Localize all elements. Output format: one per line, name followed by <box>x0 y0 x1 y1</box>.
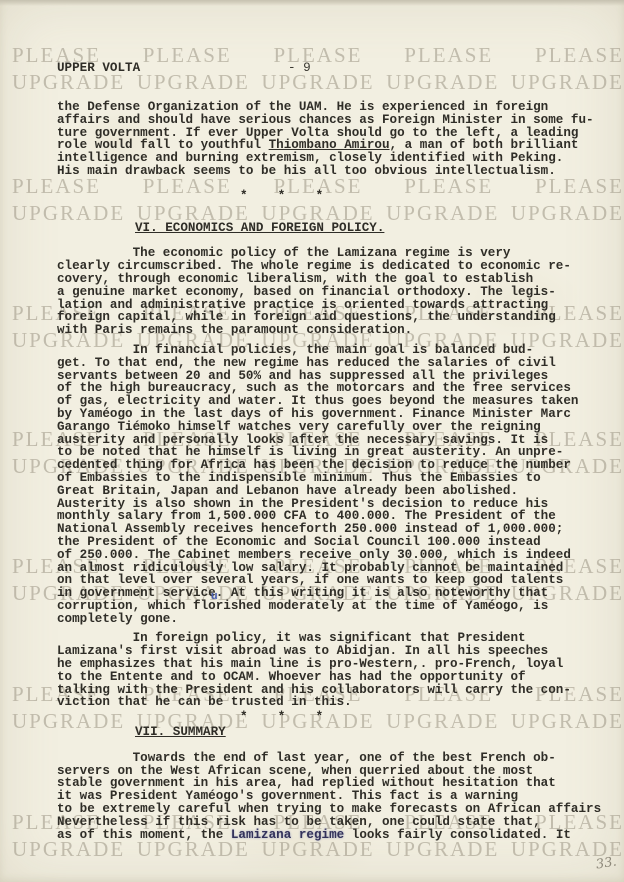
watermark-word: UPGRADE <box>12 839 125 860</box>
paragraph-intro: the Defense Organization of the UAM. He … <box>57 101 613 178</box>
watermark-word: UPGRADE <box>261 839 374 860</box>
country-title: UPPER VOLTA <box>57 62 140 75</box>
section-vi-heading: VI. ECONOMICS AND FOREIGN POLICY. <box>135 222 613 235</box>
document-header: UPPER VOLTA - 9 <box>57 62 613 75</box>
paragraph-financial-policy: In financial policies, the main goal is … <box>57 344 613 626</box>
corrected-word-text: florished <box>193 599 261 613</box>
section-separator: * * * <box>240 711 613 724</box>
paragraph-economic-policy: The economic policy of the Lamizana regi… <box>57 247 613 337</box>
financial-text-before: In financial policies, the main goal is … <box>57 343 578 613</box>
watermark-word: UPGRADE <box>137 839 250 860</box>
watermark-word: UPGRADE <box>386 839 499 860</box>
handwritten-page-number: 33. <box>595 854 618 872</box>
section-vi-heading-text: VI. ECONOMICS AND FOREIGN POLICY. <box>135 221 384 235</box>
scanned-document-page: PLEASEPLEASEPLEASEPLEASEPLEASEUPGRADEUPG… <box>0 0 624 882</box>
section-vii-heading: VII. SUMMARY <box>135 726 613 739</box>
watermark-row: UPGRADEUPGRADEUPGRADEUPGRADEUPGRADE <box>0 839 624 860</box>
page-number: - 9 <box>288 62 311 75</box>
paragraph-foreign-policy: In foreign policy, it was significant th… <box>57 632 613 709</box>
paragraph-summary: Towards the end of last year, one of the… <box>57 752 613 842</box>
corrected-word: florishedu <box>193 600 261 613</box>
ink-smudged-text: Lamizana regime <box>231 828 344 842</box>
summary-text-after: looks fairly consolidated. It <box>344 828 571 842</box>
section-separator: * * * <box>240 190 613 203</box>
document-content: UPPER VOLTA - 9 the Defense Organization… <box>57 62 613 841</box>
section-vii-heading-text: VII. SUMMARY <box>135 725 226 739</box>
ink-correction-mark: u <box>211 591 218 604</box>
